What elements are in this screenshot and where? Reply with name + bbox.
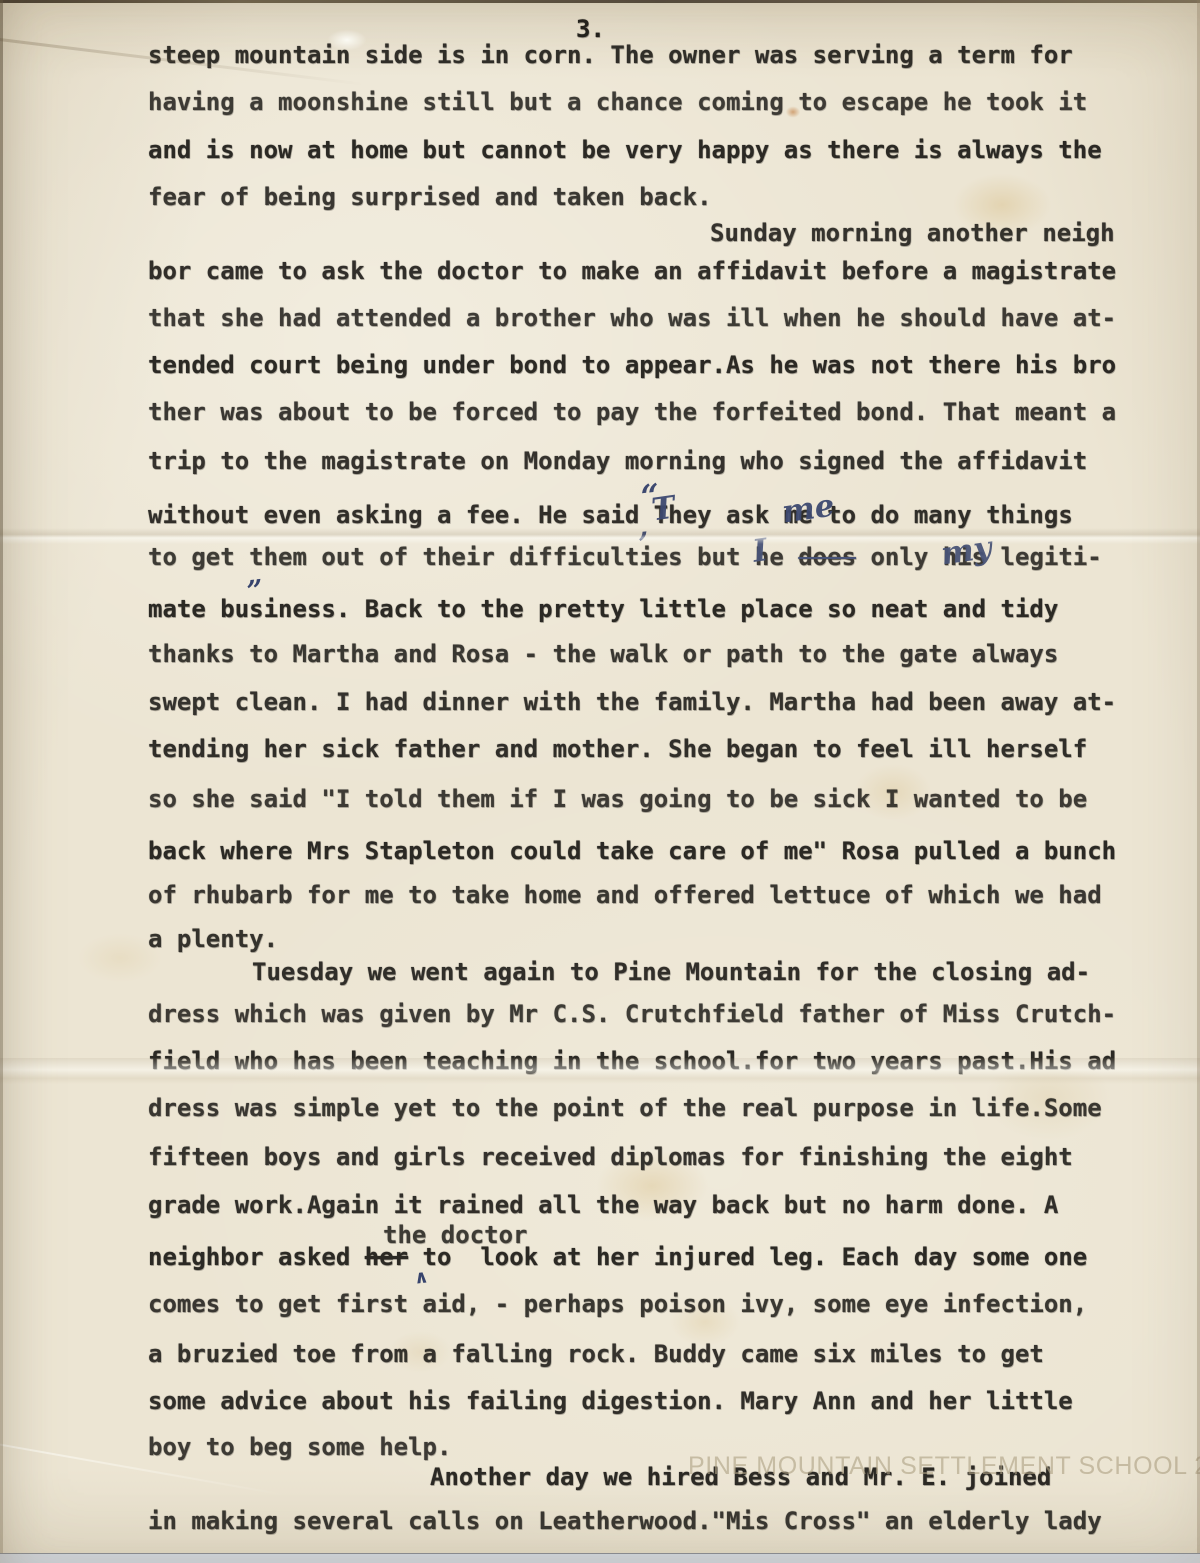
corrected-word: TheyT (654, 501, 712, 529)
typed-segment: fifteen boys and girls received diplomas… (148, 1143, 1073, 1171)
typed-line: dress was simple yet to the point of the… (148, 1095, 1102, 1121)
typed-segment: without even asking a fee. He said (148, 501, 639, 529)
scanned-letter-page: 3. steep mountain side is in corn. The o… (0, 0, 1200, 1563)
typed-line: fifteen boys and girls received diplomas… (148, 1144, 1073, 1170)
typed-segment: that she had attended a brother who was … (148, 304, 1116, 332)
typed-segment: having a moonshine still but a chance co… (148, 88, 1087, 116)
typed-segment: neighbor asked (148, 1243, 365, 1271)
typed-segment: tended court being under bond to appear.… (148, 351, 1116, 379)
typed-segment: and is now at home but cannot be very ha… (148, 136, 1102, 164)
typed-line: without even asking a fee. He said,“ The… (148, 496, 1073, 528)
watermark: PINE MOUNTAIN SETTLEMENT SCHOOL 2015 (688, 1452, 1200, 1481)
typed-line: field who has been teaching in the schoo… (148, 1048, 1116, 1074)
struck-word: does (798, 543, 856, 571)
typed-segment: a plenty. (148, 925, 278, 953)
typed-segment: to look at her injured leg. Each day som… (408, 1243, 1087, 1271)
typed-segment: field who has been teaching in the schoo… (148, 1047, 1116, 1075)
corrected-word: meme (784, 501, 813, 529)
page-number: 3. (576, 16, 605, 42)
typed-line: some advice about his failing digestion.… (148, 1388, 1073, 1414)
typed-segment: swept clean. I had dinner with the famil… (148, 688, 1116, 716)
typed-segment: ther was about to be forced to pay the f… (148, 398, 1116, 426)
handwritten-annotation: T (650, 493, 677, 527)
typed-line: a bruzied toe from a falling rock. Buddy… (148, 1341, 1044, 1367)
typed-text: 3. steep mountain side is in corn. The o… (0, 0, 1200, 1563)
typed-line: comes to get first aid, - perhaps poison… (148, 1291, 1087, 1317)
typed-line: of rhubarb for me to take home and offer… (148, 882, 1102, 908)
typed-line: fear of being surprised and taken back. (148, 184, 712, 210)
typed-line: neighbor asked her∧ to look at her injur… (148, 1244, 1087, 1270)
typed-segment: to do many things (813, 501, 1073, 529)
handwritten-annotation: my (939, 533, 994, 571)
corrected-word: hismy (943, 543, 986, 571)
typed-segment: Tuesday we went again to Pine Mountain f… (252, 958, 1090, 986)
typed-line: that she had attended a brother who was … (148, 305, 1116, 331)
typed-segment: comes to get first aid, - perhaps poison… (148, 1290, 1087, 1318)
typed-line: to get them out of their difficulties bu… (148, 544, 1102, 570)
typed-segment: only (856, 543, 943, 571)
typed-line: trip to the magistrate on Monday morning… (148, 448, 1087, 474)
typed-segment: legiti- (986, 543, 1102, 571)
struck-word: her (365, 1243, 408, 1271)
typed-line: ther was about to be forced to pay the f… (148, 399, 1116, 425)
typed-segment: mate bu (148, 595, 249, 623)
typed-segment: dress was simple yet to the point of the… (148, 1094, 1102, 1122)
typed-line: steep mountain side is in corn. The owne… (148, 42, 1073, 68)
typed-line: bor came to ask the doctor to make an af… (148, 258, 1116, 284)
typed-segment: tending her sick father and mother. She … (148, 735, 1087, 763)
typed-segment: thanks to Martha and Rosa - the walk or … (148, 640, 1058, 668)
typed-segment: bor came to ask the doctor to make an af… (148, 257, 1116, 285)
typed-segment: in making several calls on Leatherwood."… (148, 1507, 1102, 1535)
typed-line: Tuesday we went again to Pine Mountain f… (252, 959, 1090, 985)
typed-segment: dress which was given by Mr C.S. Crutchf… (148, 1000, 1116, 1028)
typed-line: so she said "I told them if I was going … (148, 786, 1087, 812)
corrected-word: heI (755, 543, 784, 571)
typed-line: Sunday morning another neigh (710, 220, 1115, 246)
typed-segment: siness. Back to the pretty little place … (249, 595, 1058, 623)
typed-segment: Sunday morning another neigh (710, 219, 1115, 247)
typed-line: and is now at home but cannot be very ha… (148, 137, 1102, 163)
typed-line: in making several calls on Leatherwood."… (148, 1508, 1102, 1534)
typed-line: having a moonshine still but a chance co… (148, 89, 1087, 115)
typed-segment: a bruzied toe from a falling rock. Buddy… (148, 1340, 1044, 1368)
handwritten-annotation: I (751, 535, 770, 568)
typed-line: back where Mrs Stapleton could take care… (148, 838, 1116, 864)
typed-line: mate bu”siness. Back to the pretty littl… (148, 594, 1058, 622)
typed-segment: boy to beg some help. (148, 1433, 451, 1461)
typed-line: tending her sick father and mother. She … (148, 736, 1087, 762)
typed-segment: some advice about his failing digestion.… (148, 1387, 1073, 1415)
typed-segment: of rhubarb for me to take home and offer… (148, 881, 1102, 909)
typed-segment: grade work.Again it rained all the way b… (148, 1191, 1058, 1219)
typed-segment: fear of being surprised and taken back. (148, 183, 712, 211)
typed-line: tended court being under bond to appear.… (148, 352, 1116, 378)
handwritten-annotation: me (780, 490, 836, 528)
typed-line: grade work.Again it rained all the way b… (148, 1192, 1058, 1218)
typed-line: swept clean. I had dinner with the famil… (148, 689, 1116, 715)
typed-segment: back where Mrs Stapleton could take care… (148, 837, 1116, 865)
typed-segment: ask (712, 501, 784, 529)
typed-segment: to get them out of their difficulties bu… (148, 543, 755, 571)
typed-line: a plenty. (148, 926, 278, 952)
typed-segment: steep mountain side is in corn. The owne… (148, 41, 1073, 69)
typed-segment: so she said "I told them if I was going … (148, 785, 1087, 813)
typed-line: thanks to Martha and Rosa - the walk or … (148, 641, 1058, 667)
typed-line: boy to beg some help. (148, 1434, 451, 1460)
typed-line: dress which was given by Mr C.S. Crutchf… (148, 1001, 1116, 1027)
typed-segment: trip to the magistrate on Monday morning… (148, 447, 1087, 475)
typed-segment (784, 543, 798, 571)
